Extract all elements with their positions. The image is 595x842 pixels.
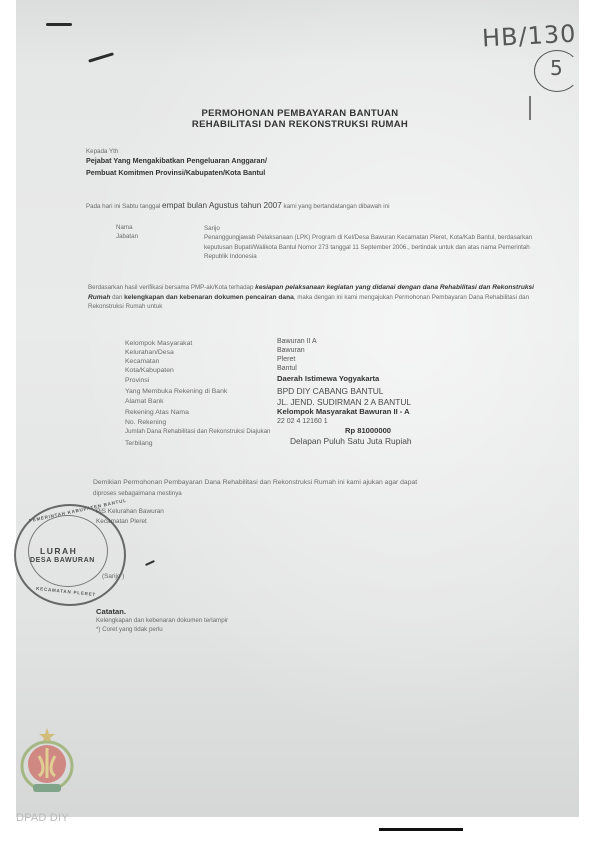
notes-line-2: *) Coret yang tidak perlu — [96, 626, 163, 633]
stamp-center-line-1: LURAH — [40, 546, 77, 556]
watermark-text: DPAD DIY — [16, 812, 69, 824]
detail-label: Alamat Bank — [125, 398, 164, 405]
closing-paragraph: Demikian Permohonan Pembayaran Dana Reha… — [93, 477, 543, 499]
title-line-1: PERMOHONAN PEMBAYARAN BANTUAN — [150, 108, 450, 119]
closing-line-1: Demikian Permohonan Pembayaran Dana Reha… — [93, 477, 543, 488]
notes-title: Catatan. — [96, 607, 126, 616]
detail-label: Jumlah Dana Rehabilitasi dan Rekonstruks… — [125, 428, 270, 435]
detail-value: Daerah Istimewa Yogyakarta — [277, 374, 379, 383]
detail-value: Rp 81000000 — [345, 426, 391, 435]
page-edge-bar — [379, 828, 463, 831]
verification-text: dan — [110, 294, 124, 301]
handwritten-number: 5 — [550, 56, 563, 80]
verification-paragraph: Berdasarkan hasil verifikasi bersama PMP… — [88, 283, 536, 312]
signature-line-1: PjS Kelurahan Bawuran — [96, 508, 164, 515]
position-label: Jabatan — [116, 233, 138, 240]
position-value: Penanggungjawab Pelaksanaan (LPK) Progra… — [204, 233, 534, 262]
detail-value: Bawuran II A — [277, 338, 317, 345]
opening-suffix: kami yang bertandatangan dibawah ini — [284, 203, 390, 210]
detail-value: 22 02 4 12160 1 — [277, 418, 328, 425]
detail-label: Kota/Kabupaten — [125, 367, 174, 374]
emblem-logo-icon — [17, 726, 77, 798]
detail-value: JL. JEND. SUDIRMAN 2 A BANTUL — [277, 397, 411, 407]
detail-label: Provinsi — [125, 377, 149, 384]
detail-label: Kelompok Masyarakat — [125, 340, 192, 347]
detail-label: Yang Membuka Rekening di Bank — [125, 388, 227, 395]
title-line-2: REHABILITASI DAN REKONSTRUKSI RUMAH — [150, 119, 450, 130]
detail-label: Rekening Atas Nama — [125, 409, 189, 416]
detail-value: Pleret — [277, 356, 295, 363]
opening-sentence: Pada hari ini Sabtu tanggal empat bulan … — [86, 201, 389, 210]
recipient-salutation: Kepada Yth — [86, 147, 118, 156]
stamp-center-line-2: DESA BAWURAN — [30, 557, 95, 564]
detail-value: Bawuran — [277, 347, 305, 354]
detail-label: Terbilang — [125, 440, 153, 447]
verification-text: Berdasarkan hasil verifikasi bersama PMP… — [88, 284, 255, 291]
detail-label: Kecamatan — [125, 358, 159, 365]
handwritten-stroke — [529, 96, 531, 120]
detail-label: No. Rekening — [125, 419, 166, 426]
scan-mark — [46, 23, 72, 26]
recipient-line-2: Pembuat Komitmen Provinsi/Kabupaten/Kota… — [86, 168, 265, 177]
notes-line-1: Kelengkapan dan kebenaran dokumen terlam… — [96, 617, 228, 624]
detail-value: Kelompok Masyarakat Bawuran II - A — [277, 407, 410, 416]
name-label: Nama — [116, 224, 133, 231]
opening-date: empat bulan Agustus tahun 2007 — [162, 201, 282, 210]
opening-prefix: Pada hari ini Sabtu tanggal — [86, 203, 160, 210]
detail-label: Kelurahan/Desa — [125, 349, 174, 356]
document-title: PERMOHONAN PEMBAYARAN BANTUAN REHABILITA… — [150, 108, 450, 130]
detail-value: BPD DIY CABANG BANTUL — [277, 386, 383, 396]
verification-emphasis: kelengkapan dan kebenaran dokumen pencai… — [124, 294, 294, 301]
detail-value: Delapan Puluh Satu Juta Rupiah — [290, 436, 412, 446]
closing-line-2: diproses sebagaimana mestinya — [93, 488, 543, 499]
handwritten-reference: HB/130 — [481, 20, 577, 53]
detail-value: Bantul — [277, 365, 297, 372]
recipient-line-1: Pejabat Yang Mengakibatkan Pengeluaran A… — [86, 156, 267, 165]
